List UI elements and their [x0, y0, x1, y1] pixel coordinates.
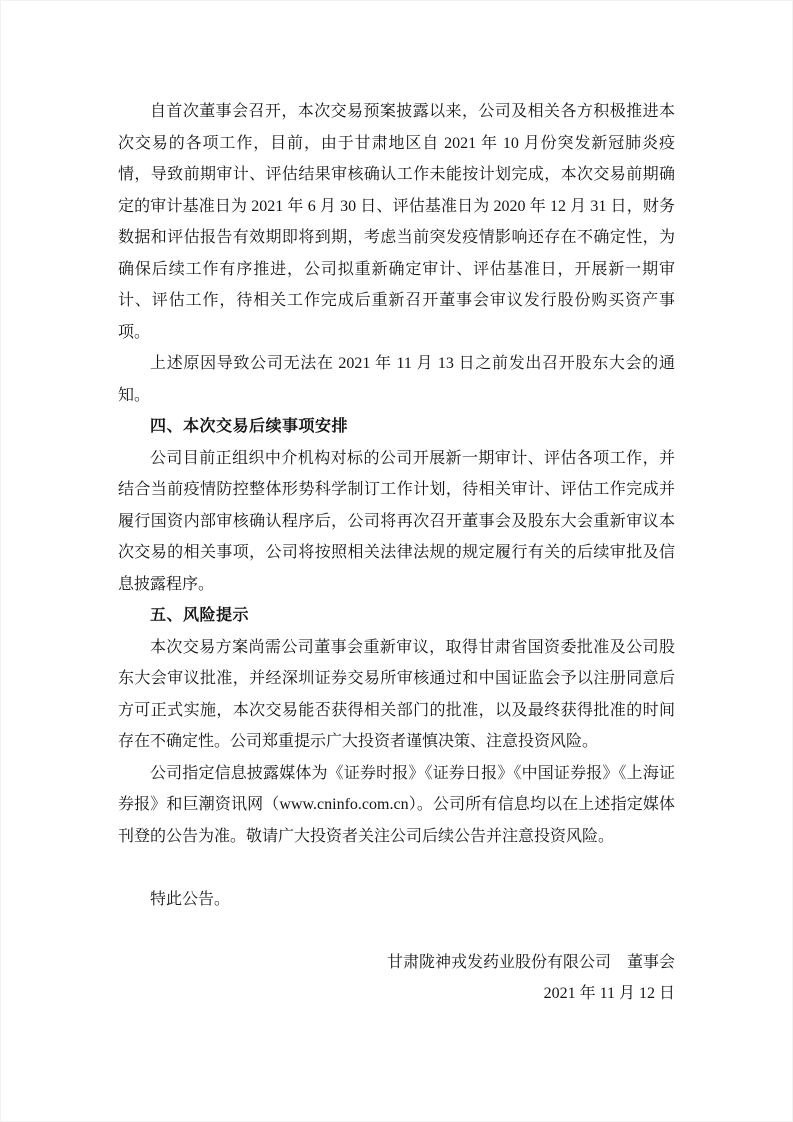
closing-statement: 特此公告。	[118, 884, 675, 916]
signature-date: 2021 年 11 月 12 日	[118, 978, 675, 1010]
document-body: 自首次董事会召开，本次交易预案披露以来，公司及相关各方积极推进本次交易的各项工作…	[118, 96, 675, 1010]
body-paragraph: 公司目前正组织中介机构对标的公司开展新一期审计、评估各项工作，并结合当前疫情防控…	[118, 443, 675, 601]
signature-company: 甘肃陇神戎发药业股份有限公司 董事会	[118, 947, 675, 979]
body-paragraph: 本次交易方案尚需公司董事会重新审议，取得甘肃省国资委批准及公司股东大会审议批准，…	[118, 632, 675, 758]
section-heading: 五、风险提示	[118, 600, 675, 632]
body-paragraph: 自首次董事会召开，本次交易预案披露以来，公司及相关各方积极推进本次交易的各项工作…	[118, 96, 675, 348]
body-paragraph: 上述原因导致公司无法在 2021 年 11 月 13 日之前发出召开股东大会的通…	[118, 348, 675, 411]
announcement-page: 自首次董事会召开，本次交易预案披露以来，公司及相关各方积极推进本次交易的各项工作…	[0, 0, 793, 1122]
section-heading: 四、本次交易后续事项安排	[118, 411, 675, 443]
body-paragraph: 公司指定信息披露媒体为《证券时报》《证券日报》《中国证券报》《上海证券报》和巨潮…	[118, 758, 675, 853]
